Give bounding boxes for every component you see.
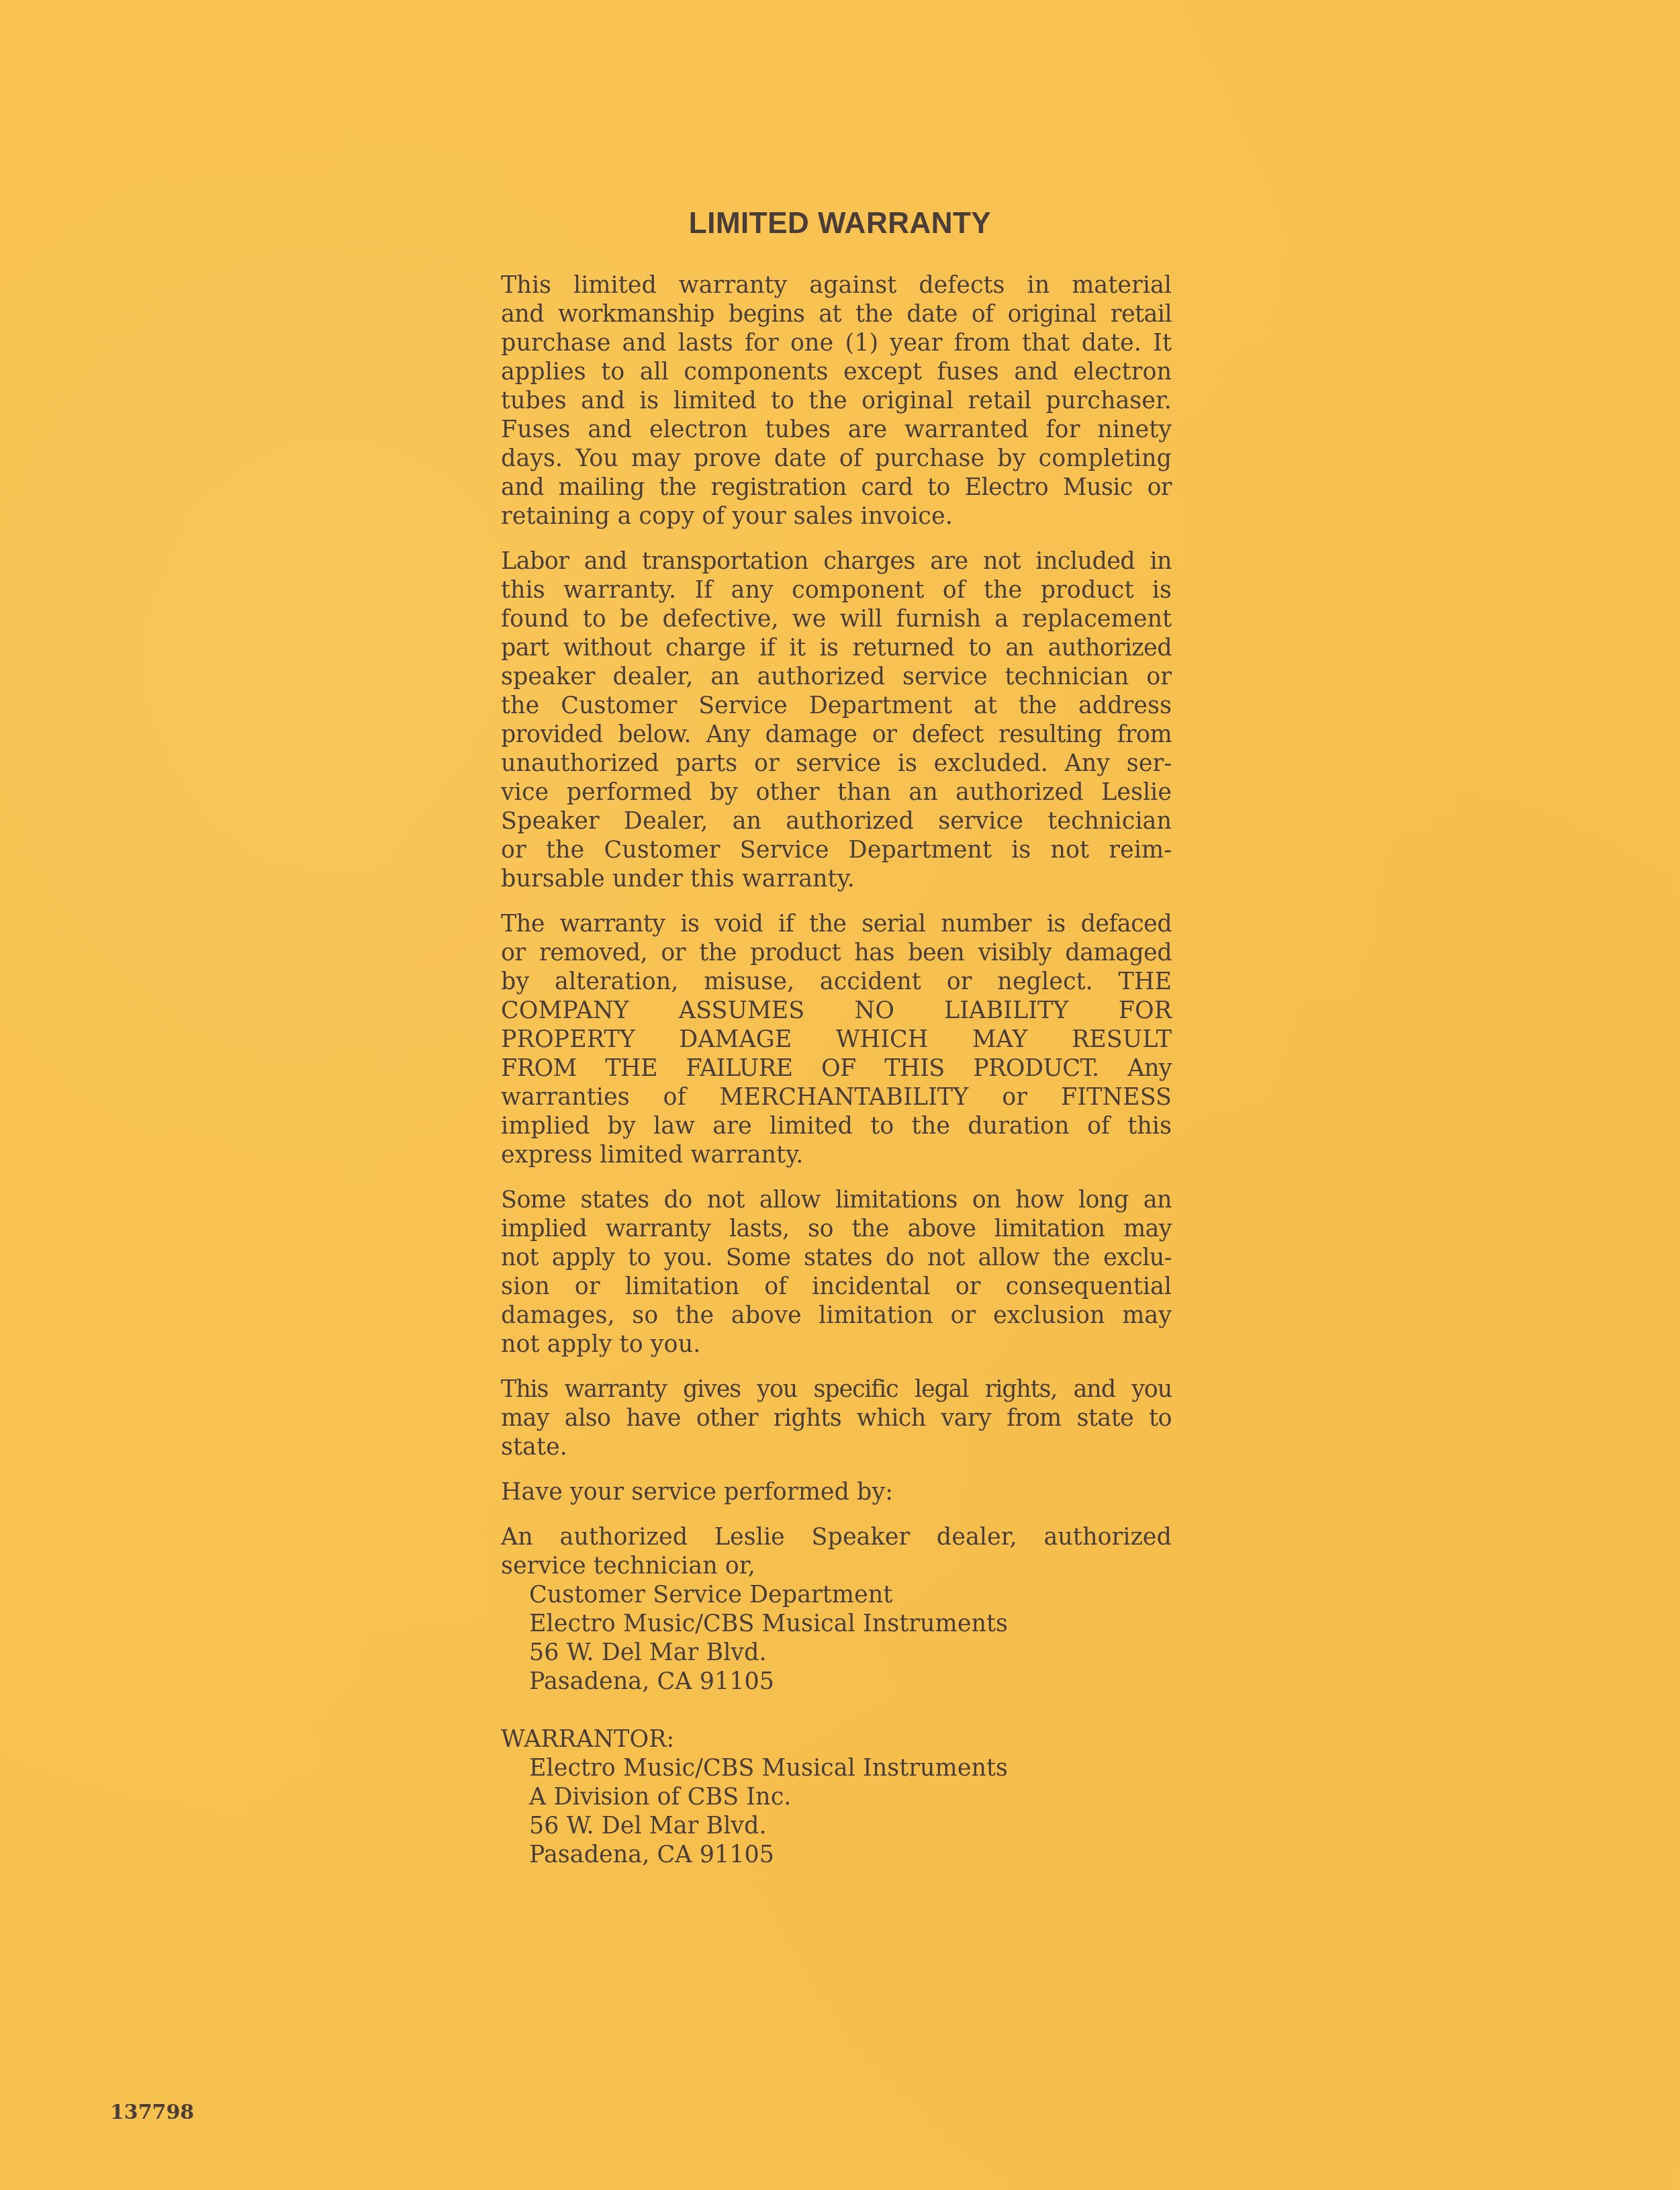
- paragraph-labor-charges: Labor and transportation charges are not…: [501, 547, 1172, 894]
- paragraph-state-limitations: Some states do not allow limitations on …: [501, 1186, 1172, 1359]
- text-line: FROM THE FAILURE OF THIS PRODUCT. Any: [501, 1054, 1172, 1083]
- text-line: provided below. Any damage or defect res…: [501, 721, 1172, 749]
- text-line: state.: [501, 1433, 1172, 1462]
- text-line: Fuses and electron tubes are warranted f…: [501, 416, 1172, 445]
- text-line: or removed, or the product has been visi…: [501, 939, 1172, 968]
- paragraph-void-conditions: The warranty is void if the serial numbe…: [501, 910, 1172, 1170]
- text-line: applies to all components except fuses a…: [501, 358, 1172, 387]
- text-line: The warranty is void if the serial numbe…: [501, 910, 1172, 939]
- text-line: Speaker Dealer, an authorized service te…: [501, 807, 1172, 836]
- text-line: and mailing the registration card to Ele…: [501, 473, 1172, 502]
- address-line: Electro Music/CBS Musical Instruments: [529, 1754, 1172, 1783]
- text-line: PROPERTY DAMAGE WHICH MAY RESULT: [501, 1025, 1172, 1054]
- paragraph-service-intro: Have your service performed by:: [501, 1478, 1172, 1507]
- text-line: Labor and transportation charges are not…: [501, 547, 1172, 576]
- text-line: implied by law are limited to the durati…: [501, 1112, 1172, 1141]
- address-line: 56 W. Del Mar Blvd.: [529, 1639, 1172, 1668]
- address-line: Pasadena, CA 91105: [529, 1841, 1172, 1870]
- text-line: unauthorized parts or service is exclude…: [501, 749, 1172, 778]
- text-line: express limited warranty.: [501, 1141, 1172, 1170]
- paragraph-coverage: This limited warranty against defects in…: [501, 271, 1172, 531]
- text-line: by alteration, misuse, accident or negle…: [501, 968, 1172, 997]
- text-line: warranties of MERCHANTABILITY or FITNESS: [501, 1083, 1172, 1112]
- warranty-body: This limited warranty against defects in…: [501, 271, 1172, 1870]
- text-line: tubes and is limited to the original ret…: [501, 387, 1172, 416]
- document-number: 137798: [110, 2101, 194, 2124]
- page-title: LIMITED WARRANTY: [0, 207, 1680, 240]
- text-line: may also have other rights which vary fr…: [501, 1404, 1172, 1433]
- address-line: Pasadena, CA 91105: [529, 1668, 1172, 1696]
- warrantor-address: Electro Music/CBS Musical Instruments A …: [501, 1754, 1172, 1870]
- paragraph-service-providers: An authorized Leslie Speaker dealer, aut…: [501, 1523, 1172, 1581]
- service-address: Customer Service Department Electro Musi…: [501, 1581, 1172, 1696]
- text-line: not apply to you.: [501, 1330, 1172, 1359]
- text-line: COMPANY ASSUMES NO LIABILITY FOR: [501, 997, 1172, 1025]
- text-line: and workmanship begins at the date of or…: [501, 300, 1172, 329]
- text-line: service technician or,: [501, 1552, 1172, 1581]
- text-line: found to be defective, we will furnish a…: [501, 605, 1172, 634]
- text-line: part without charge if it is returned to…: [501, 634, 1172, 663]
- text-line: or the Customer Service Department is no…: [501, 836, 1172, 865]
- text-line: This warranty gives you specific legal r…: [501, 1375, 1172, 1404]
- text-line: This limited warranty against defects in…: [501, 271, 1172, 300]
- text-line: not apply to you. Some states do not all…: [501, 1244, 1172, 1273]
- warrantor-label: WARRANTOR:: [501, 1725, 1172, 1754]
- text-line: speaker dealer, an authorized service te…: [501, 663, 1172, 692]
- address-line: A Division of CBS Inc.: [529, 1783, 1172, 1812]
- text-line: the Customer Service Department at the a…: [501, 692, 1172, 721]
- text-line: retaining a copy of your sales invoice.: [501, 502, 1172, 531]
- text-line: purchase and lasts for one (1) year from…: [501, 329, 1172, 358]
- address-line: 56 W. Del Mar Blvd.: [529, 1812, 1172, 1841]
- text-line: this warranty. If any component of the p…: [501, 576, 1172, 605]
- text-line: Some states do not allow limitations on …: [501, 1186, 1172, 1215]
- text-line: bursable under this warranty.: [501, 865, 1172, 894]
- text-line: An authorized Leslie Speaker dealer, aut…: [501, 1523, 1172, 1552]
- text-line: vice performed by other than an authoriz…: [501, 778, 1172, 807]
- text-line: Have your service performed by:: [501, 1478, 1172, 1507]
- address-line: Customer Service Department: [529, 1581, 1172, 1610]
- text-line: days. You may prove date of purchase by …: [501, 445, 1172, 473]
- text-line: implied warranty lasts, so the above lim…: [501, 1215, 1172, 1244]
- address-line: Electro Music/CBS Musical Instruments: [529, 1610, 1172, 1639]
- warrantor-block: WARRANTOR: Electro Music/CBS Musical Ins…: [501, 1725, 1172, 1870]
- text-line: sion or limitation of incidental or cons…: [501, 1273, 1172, 1302]
- paragraph-legal-rights: This warranty gives you specific legal r…: [501, 1375, 1172, 1462]
- text-line: damages, so the above limitation or excl…: [501, 1302, 1172, 1330]
